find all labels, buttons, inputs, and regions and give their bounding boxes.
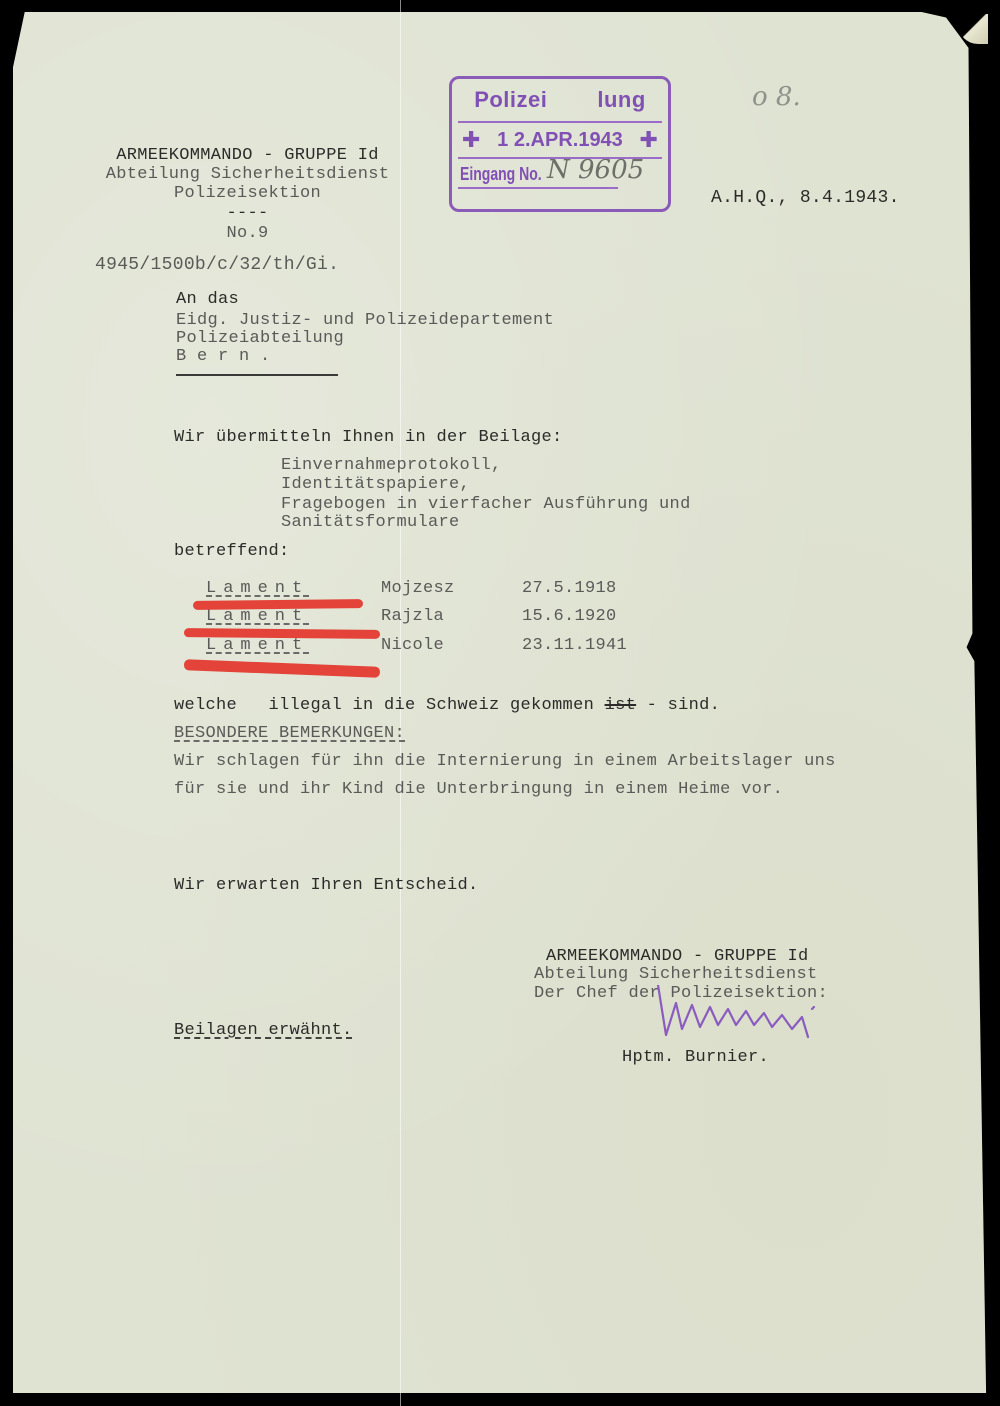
enclosure-item: Identitätspapiere,	[281, 475, 470, 494]
person-surname: Lament	[206, 636, 309, 655]
stamp-title: Polizeilung	[452, 87, 668, 113]
letterhead-line2: Abteilung Sicherheitsdienst	[80, 165, 415, 184]
remarks-line1: Wir schlagen für ihn die Internierung in…	[174, 752, 836, 771]
stamp-date: 1 2.APR.1943	[497, 129, 623, 152]
struck-word: ist	[605, 696, 637, 715]
statement-part1: welche illegal in die Schweiz gekommen	[174, 696, 605, 715]
enclosures-note: Beilagen erwähnt.	[174, 1021, 353, 1040]
enclosure-item: Sanitätsformulare	[281, 513, 460, 532]
person-surname: Lament	[206, 607, 309, 626]
remarks-heading: BESONDERE BEMERKUNGEN:	[174, 724, 405, 743]
stamp-entry-label: Eingang No.	[460, 163, 542, 184]
concerning-label: betreffend:	[174, 542, 290, 561]
enclosure-item: Einvernahmeprotokoll,	[281, 456, 502, 475]
recipient-line2: Eidg. Justiz- und Polizeidepartement	[176, 311, 554, 330]
stamp-date-row: ✚ 1 2.APR.1943 ✚	[452, 127, 668, 153]
swiss-cross-icon: ✚	[640, 127, 658, 153]
signatory-name: Hptm. Burnier.	[622, 1048, 769, 1067]
enclosure-item: Fragebogen in vierfacher Ausführung und	[281, 495, 691, 514]
received-stamp: Polizeilung ✚ 1 2.APR.1943 ✚ Eingang No.…	[449, 76, 671, 212]
stamp-divider	[458, 121, 662, 123]
swiss-cross-icon: ✚	[462, 127, 480, 153]
person-first-name: Rajzla	[381, 607, 444, 626]
place-date: A.H.Q., 8.4.1943.	[711, 189, 900, 208]
person-birth-date: 23.11.1941	[522, 636, 627, 655]
person-birth-date: 27.5.1918	[522, 579, 617, 598]
intro-text: Wir übermitteln Ihnen in der Beilage:	[174, 428, 563, 447]
remarks-line2: für sie und ihr Kind die Unterbringung i…	[174, 780, 783, 799]
page-corner-curl	[958, 14, 988, 44]
stamp-divider	[458, 187, 618, 189]
letterhead-line1: ARMEEKOMMANDO - GRUPPE Id	[80, 146, 415, 165]
stamp-entry-number: N 9605	[547, 155, 644, 185]
recipient-line1: An das	[176, 290, 239, 309]
stamp-title-left: Polizei	[474, 87, 547, 112]
reference-number: 4945/1500b/c/32/th/Gi.	[95, 256, 339, 275]
recipient-line4: B e r n .	[176, 347, 271, 366]
letterhead-number: No.9	[80, 224, 415, 243]
person-first-name: Mojzesz	[381, 579, 455, 598]
red-marker-stroke	[184, 628, 380, 639]
signature-line1: ARMEEKOMMANDO - GRUPPE Id	[546, 947, 809, 966]
person-birth-date: 15.6.1920	[522, 607, 617, 626]
red-marker-stroke	[193, 599, 363, 610]
closing-text: Wir erwarten Ihren Entscheid.	[174, 876, 479, 895]
recipient-underline	[176, 374, 338, 376]
person-surname: Lament	[206, 579, 309, 598]
statement-part2: - sind.	[636, 696, 720, 715]
signature-line2: Abteilung Sicherheitsdienst	[534, 965, 818, 984]
stamp-title-right: lung	[597, 87, 645, 112]
handwritten-signature	[652, 985, 832, 1045]
person-first-name: Nicole	[381, 636, 444, 655]
letterhead-divider: ----	[80, 204, 415, 223]
letterhead-line3: Polizeisektion	[80, 184, 415, 203]
recipient-line3: Polizeiabteilung	[176, 329, 344, 348]
statement-text: welche illegal in die Schweiz gekommen i…	[174, 696, 720, 715]
pencil-annotation: o 8.	[752, 82, 801, 112]
